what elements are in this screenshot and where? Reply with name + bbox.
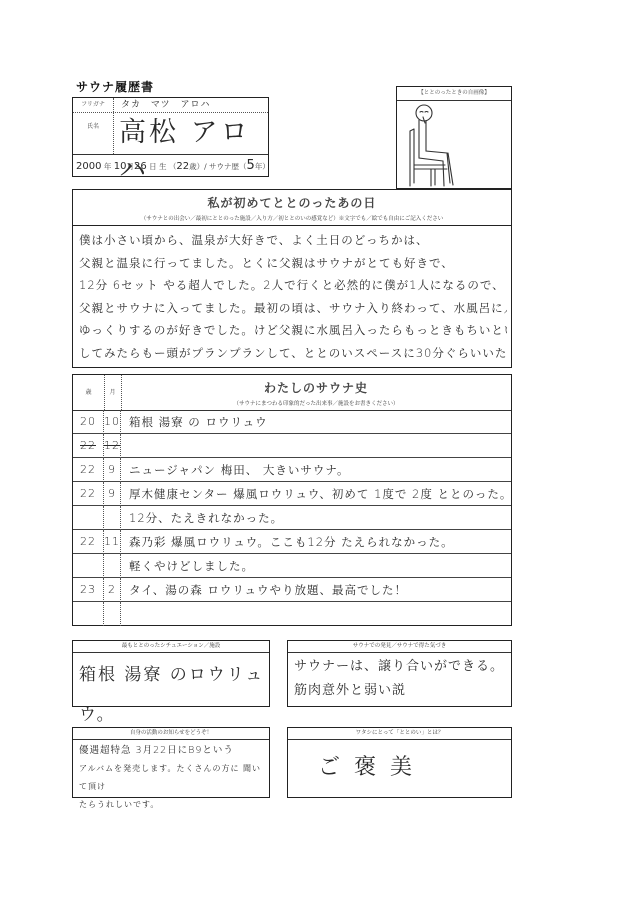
table-row [73,602,511,626]
row-month: 9 [104,482,121,506]
row-text: 箱根 湯寮 の ロウリュウ [129,410,268,434]
table-row: 23 2 タイ、湯の森 ロウリュウやり放題、最高でした！ [73,578,511,602]
row-text: ニュージャパン 梅田、 大きいサウナ。 [129,458,350,482]
month-suffix: 月 [126,162,134,171]
row-month: 9 [104,458,121,482]
stick-figure-portrait-icon [407,103,497,187]
row-text: 森乃彩 爆風ロウリュウ。ここも12分 たえられなかった。 [129,530,454,554]
sauna-years-value: 5 [247,158,255,173]
text-line: 父親とサウナに入ってました。最初の頃は、サウナ入り終わって、水風呂に入らず、外で… [79,297,507,320]
discovery-text: サウナーは、譲り合いができる。 筋肉意外と弱い説 [294,655,507,703]
first-totonoi-subtitle: （サウナとの出会い／最初にととのった施設／入り方／初ととのいの感覚など）※文字で… [73,214,511,222]
row-age [73,602,104,626]
best-situation-box: 最もととのったシチュエーション／施設 箱根 湯寮 のロウリュウ。 [72,640,270,707]
row-text: 厚木健康センター 爆風ロウリュウ、初めて 1度で 2度 ととのった。 [129,482,512,506]
table-row: 22 9 厚木健康センター 爆風ロウリュウ、初めて 1度で 2度 ととのった。 [73,482,511,506]
row-text: 12分、たえきれなかった。 [129,506,283,530]
my-totonoi-value: ご褒美 [318,750,507,781]
birth-line: 2000 年 10月26 日 生 （22歳）/ サウナ歴（5年） [76,158,270,173]
history-title: わたしのサウナ史 [121,379,511,396]
history-subtitle: （サウナにまつわる印象的だった出来事／施設をお書きください） [121,399,511,407]
best-situation-value: 箱根 湯寮 のロウリュウ。 [79,655,265,735]
best-situation-label: 最もととのったシチュエーション／施設 [73,641,269,653]
row-text: タイ、湯の森 ロウリュウやり放題、最高でした！ [129,578,407,602]
row-age: 22 [73,434,104,458]
row-month [104,506,121,530]
age-suffix: 歳）/ サウナ歴（ [189,162,246,171]
row-age: 20 [73,410,104,434]
row-age: 22 [73,482,104,506]
birth-month: 10 [114,161,127,172]
row-age: 22 [73,458,104,482]
text-line: サウナーは、譲り合いができる。 [294,655,507,679]
text-line: たらうれしいです。 [79,796,265,814]
table-row: 22 11 森乃彩 爆風ロウリュウ。ここも12分 たえられなかった。 [73,530,511,554]
my-totonoi-box: ワタシにとって「ととのい」とは？ ご褒美 [287,727,512,798]
sauna-years-suffix: 年） [255,162,270,171]
first-totonoi-title: 私が初めてととのったあの日 [73,194,511,211]
my-totonoi-label: ワタシにとって「ととのい」とは？ [288,728,511,740]
column-month: 月 [104,375,122,410]
day-suffix: 日 生 [149,162,166,171]
row-age: 23 [73,578,104,602]
text-line: 父親と温泉に行ってました。とくに父親はサウナがとても好きで、 [79,252,507,275]
furigana-label: フリガナ [73,98,114,112]
age-value: 22 [176,161,189,172]
table-row: 軽くやけどしました。 [73,554,511,578]
history-rows: 20 10 箱根 湯寮 の ロウリュウ 22 12 22 9 ニュージャパン 梅… [73,410,511,626]
text-line: 僕は小さい頃から、温泉が大好きで、よく土日のどっちかは、 [79,229,507,252]
text-line: 筋肉意外と弱い説 [294,679,507,703]
announcement-box: 自身の活動のお知らせをどうぞ！ 優遇超特急 3月22日にB9という アルバムを発… [72,727,270,798]
row-month: 10 [104,410,121,434]
text-line: アルバムを発売します。たくさんの方に 聞いて頂け [79,760,265,796]
furigana-row: フリガナ タカ マツ アロハ [73,98,268,113]
discovery-box: サウナでの発見／サウナで得た気づき サウナーは、譲り合いができる。 筋肉意外と弱… [287,640,512,707]
first-totonoi-text: 僕は小さい頃から、温泉が大好きで、よく土日のどっちかは、 父親と温泉に行ってまし… [79,229,507,365]
row-age: 22 [73,530,104,554]
name-value: 高松 アロハ [119,114,268,190]
row-age [73,554,104,578]
portrait-caption: 【ととのったときの自画像】 [397,87,511,101]
row-month: 2 [104,578,121,602]
first-totonoi-header: 私が初めてととのったあの日 （サウナとの出会い／最初にととのった施設／入り方／初… [73,190,511,226]
history-title-wrap: わたしのサウナ史 （サウナにまつわる印象的だった出来事／施設をお書きください） [121,375,511,407]
table-row: 20 10 箱根 湯寮 の ロウリュウ [73,410,511,434]
name-row: 氏名 高松 アロハ [73,112,268,155]
announcement-text: 優遇超特急 3月22日にB9という アルバムを発売します。たくさんの方に 聞いて… [79,742,265,814]
profile-box: フリガナ タカ マツ アロハ 氏名 高松 アロハ 2000 年 10月26 日 … [72,97,269,177]
text-line: 12分 6セット やる超人でした。2人で行くと必然的に僕が1人になるので、 [79,274,507,297]
text-line: してみたらもー頭がプランプランして、ととのいスペースに30分ぐらいいた気がします [79,342,507,365]
portrait-box: 【ととのったときの自画像】 [396,86,512,189]
row-age [73,506,104,530]
history-header: 歳 月 わたしのサウナ史 （サウナにまつわる印象的だった出来事／施設をお書きくだ… [73,375,511,411]
row-text: 軽くやけどしました。 [129,554,254,578]
table-row: 12分、たえきれなかった。 [73,506,511,530]
discovery-label: サウナでの発見／サウナで得た気づき [288,641,511,653]
announcement-label: 自身の活動のお知らせをどうぞ！ [73,728,269,740]
column-age: 歳 [73,375,105,410]
row-month [104,554,121,578]
year-suffix: 年 [104,162,112,171]
row-month [104,602,121,626]
name-label: 氏名 [73,112,114,154]
text-line: ゆっくりするのが好きでした。けど父親に水風呂入ったらもっときもちいといわれ、真似 [79,319,507,342]
text-line: 優遇超特急 3月22日にB9という [79,742,265,760]
birth-year: 2000 [76,161,101,172]
birth-day: 26 [134,161,147,172]
first-totonoi-section: 私が初めてととのったあの日 （サウナとの出会い／最初にととのった施設／入り方／初… [72,189,512,368]
furigana-value: タカ マツ アロハ [121,98,210,112]
row-month: 12 [104,434,121,458]
row-month: 11 [104,530,121,554]
table-row: 22 9 ニュージャパン 梅田、 大きいサウナ。 [73,458,511,482]
table-row: 22 12 [73,434,511,458]
document-title: サウナ履歴書 [76,78,154,95]
sauna-history-table: 歳 月 わたしのサウナ史 （サウナにまつわる印象的だった出来事／施設をお書きくだ… [72,374,512,626]
